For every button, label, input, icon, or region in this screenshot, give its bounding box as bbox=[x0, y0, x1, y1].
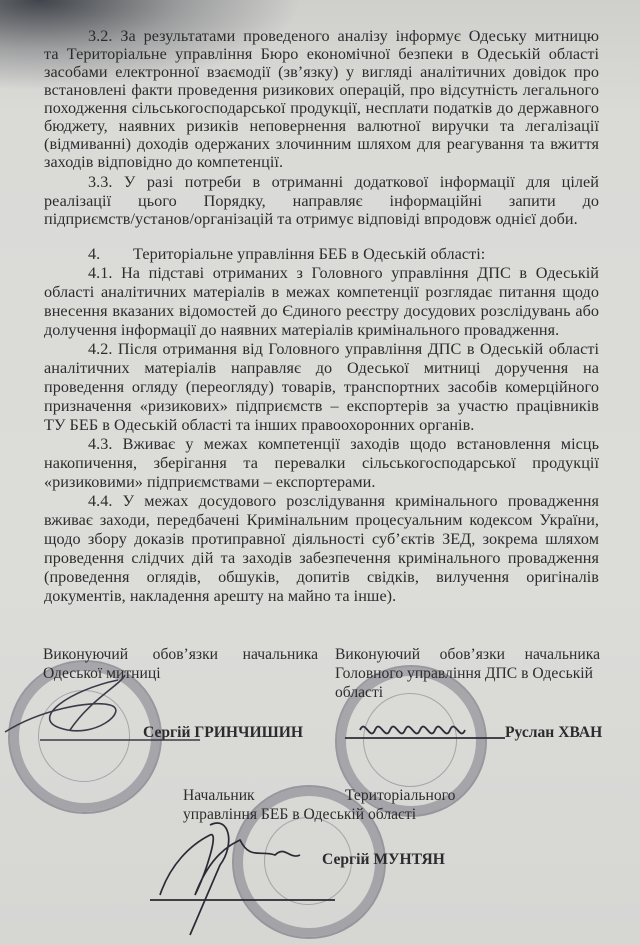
right-signatory-title-2: Головного управління ДПС в Одеській bbox=[335, 664, 593, 683]
para-4-1-line-3: внесення вказаних відомостей до Єдиного … bbox=[44, 302, 599, 320]
para-4-1-line-1: 4.1. На підставі отриманих з Головного у… bbox=[88, 264, 599, 282]
para-4-4-line-5: (проведення оглядів, обшуків, допитів св… bbox=[44, 568, 599, 586]
para-4-4-line-2: вживає заходи, передбачені Кримінальним … bbox=[44, 511, 599, 529]
left-signatory-title-1: Виконуючий обов’язки начальника bbox=[43, 645, 318, 664]
para-3-2-line-5: походження сільськогосподарської продукц… bbox=[44, 99, 599, 117]
para-4-3-line-3: «ризиковими» підприємствами – експортера… bbox=[44, 473, 599, 491]
bottom-signatory-title-1a: Начальник bbox=[183, 786, 255, 805]
para-4-2-line-2: аналітичних матеріалів направляє до Одес… bbox=[44, 359, 599, 377]
para-4-4-line-1: 4.4. У межах досудового розслідування кр… bbox=[88, 492, 599, 510]
para-4-2-line-1: 4.2. Після отримання від Головного управ… bbox=[88, 340, 599, 358]
para-3-2-line-8: заходів відповідно до компетенції. bbox=[44, 153, 599, 171]
para-4-1-line-2: області аналітичних матеріалів в межах к… bbox=[44, 283, 599, 301]
right-signatory-name: Руслан ХВАН bbox=[505, 723, 602, 742]
para-3-2-line-1: 3.2. За результатами проведеного аналізу… bbox=[88, 27, 599, 45]
right-signatory-title-1: Виконуючий обов’язки начальника bbox=[335, 645, 600, 664]
bottom-signatory-title-1b: Територіального bbox=[345, 786, 455, 805]
bottom-handwritten-signature bbox=[150, 805, 350, 935]
document-page: 3.2. За результатами проведеного аналізу… bbox=[0, 0, 640, 945]
para-4-3-line-2: накопичення, зберігання та перевалки сіл… bbox=[44, 454, 599, 472]
right-handwritten-signature bbox=[340, 700, 510, 750]
para-4-3-line-1: 4.3. Вживає у межах компетенції заходів … bbox=[88, 435, 599, 453]
para-4-1-line-4: долучення інформації до наявних матеріал… bbox=[44, 321, 599, 339]
para-3-2-line-2: та Територіальне управління Бюро економі… bbox=[44, 45, 599, 63]
left-handwritten-signature bbox=[0, 670, 180, 750]
para-4-4-line-6: документів, накладення арешту на майно т… bbox=[44, 587, 599, 605]
para-3-2-line-6: бюджету, наявних ризиків неповернення ва… bbox=[44, 117, 599, 135]
para-3-2-line-3: засобами електронної взаємодії (зв’язку)… bbox=[44, 63, 599, 81]
para-4-4-line-3: щодо збору доказів протиправної діяльнос… bbox=[44, 530, 599, 548]
section-4-heading: 4. Територіальне управління БЕБ в Одеськ… bbox=[88, 245, 485, 263]
para-3-3-line-2: реалізації цього Порядку, направляє інфо… bbox=[44, 192, 599, 210]
para-4-2-line-4: призначення «ризикових» підприємств – ек… bbox=[44, 397, 599, 415]
para-4-4-line-4: проведення слідчих дій та заходів забезп… bbox=[44, 549, 599, 567]
para-3-2-line-4: встановлені факти проведення ризикових о… bbox=[44, 81, 599, 99]
para-4-2-line-5: ТУ БЕБ в Одеській області та інших право… bbox=[44, 416, 599, 434]
para-3-2-line-7: (відмиванні) доходів одержаних злочинним… bbox=[44, 135, 599, 153]
para-3-3-line-1: 3.3. У разі потреби в отриманні додатков… bbox=[88, 173, 599, 191]
para-3-3-line-3: підприємств/установ/організацій та отрим… bbox=[44, 210, 599, 228]
para-4-2-line-3: проведення огляду (переогляду) товарів, … bbox=[44, 378, 599, 396]
